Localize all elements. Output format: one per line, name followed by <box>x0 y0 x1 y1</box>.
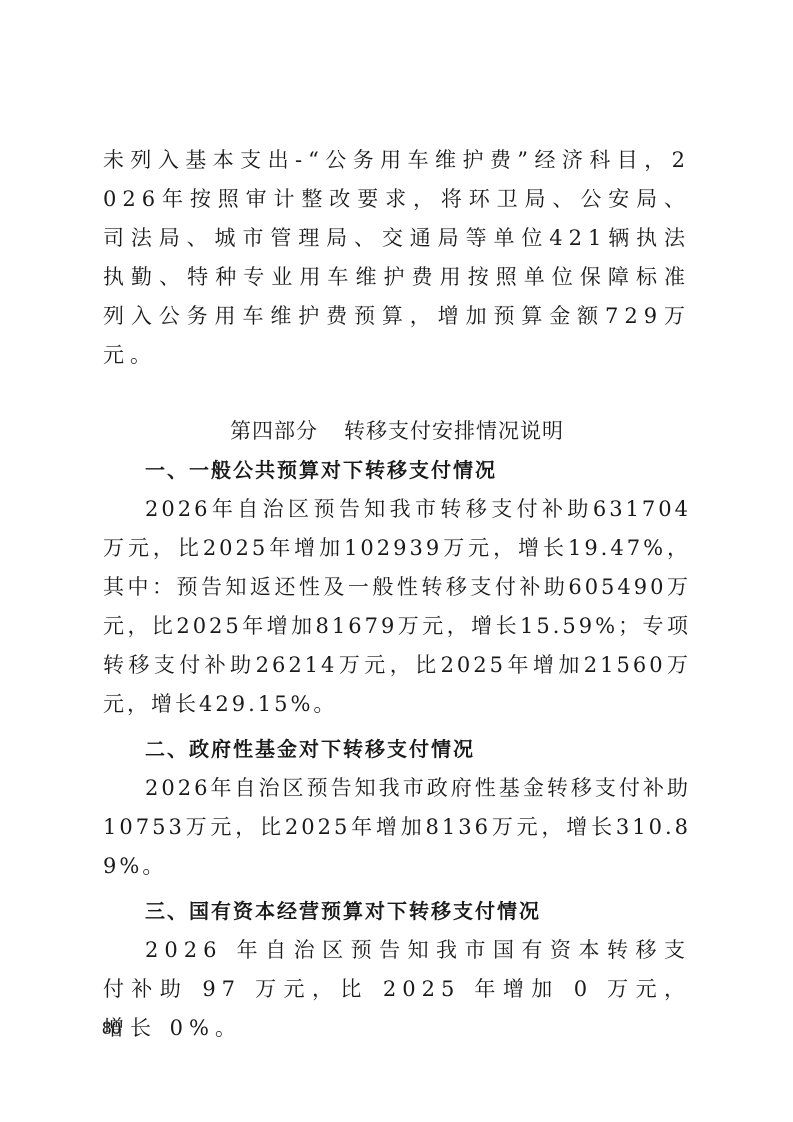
document-page: 未列入基本支出-“公务用车维护费”经济科目，2026年按照审计整改要求，将环卫局… <box>103 141 691 1048</box>
section-title-text: 转移支付安排情况说明 <box>344 419 564 443</box>
subsection-body-government-fund: 2026年自治区预告知我市政府性基金转移支付补助10753万元，比2025年增加… <box>103 769 691 886</box>
subsection-body-state-capital: 2026 年自治区预告知我市国有资本转移支付补助 97 万元，比 2025 年增… <box>103 931 691 1048</box>
section-part-label: 第四部分 <box>230 419 318 443</box>
subsection-heading-general-budget: 一、一般公共预算对下转移支付情况 <box>103 451 691 490</box>
subsection-heading-state-capital: 三、国有资本经营预算对下转移支付情况 <box>103 892 691 931</box>
intro-paragraph: 未列入基本支出-“公务用车维护费”经济科目，2026年按照审计整改要求，将环卫局… <box>103 141 691 375</box>
subsection-heading-government-fund: 二、政府性基金对下转移支付情况 <box>103 730 691 769</box>
section-title: 第四部分转移支付安排情况说明 <box>103 412 691 451</box>
subsection-body-general-budget: 2026年自治区预告知我市转移支付补助631704万元，比2025年增加1029… <box>103 490 691 724</box>
page-number: 80 <box>102 1018 121 1040</box>
